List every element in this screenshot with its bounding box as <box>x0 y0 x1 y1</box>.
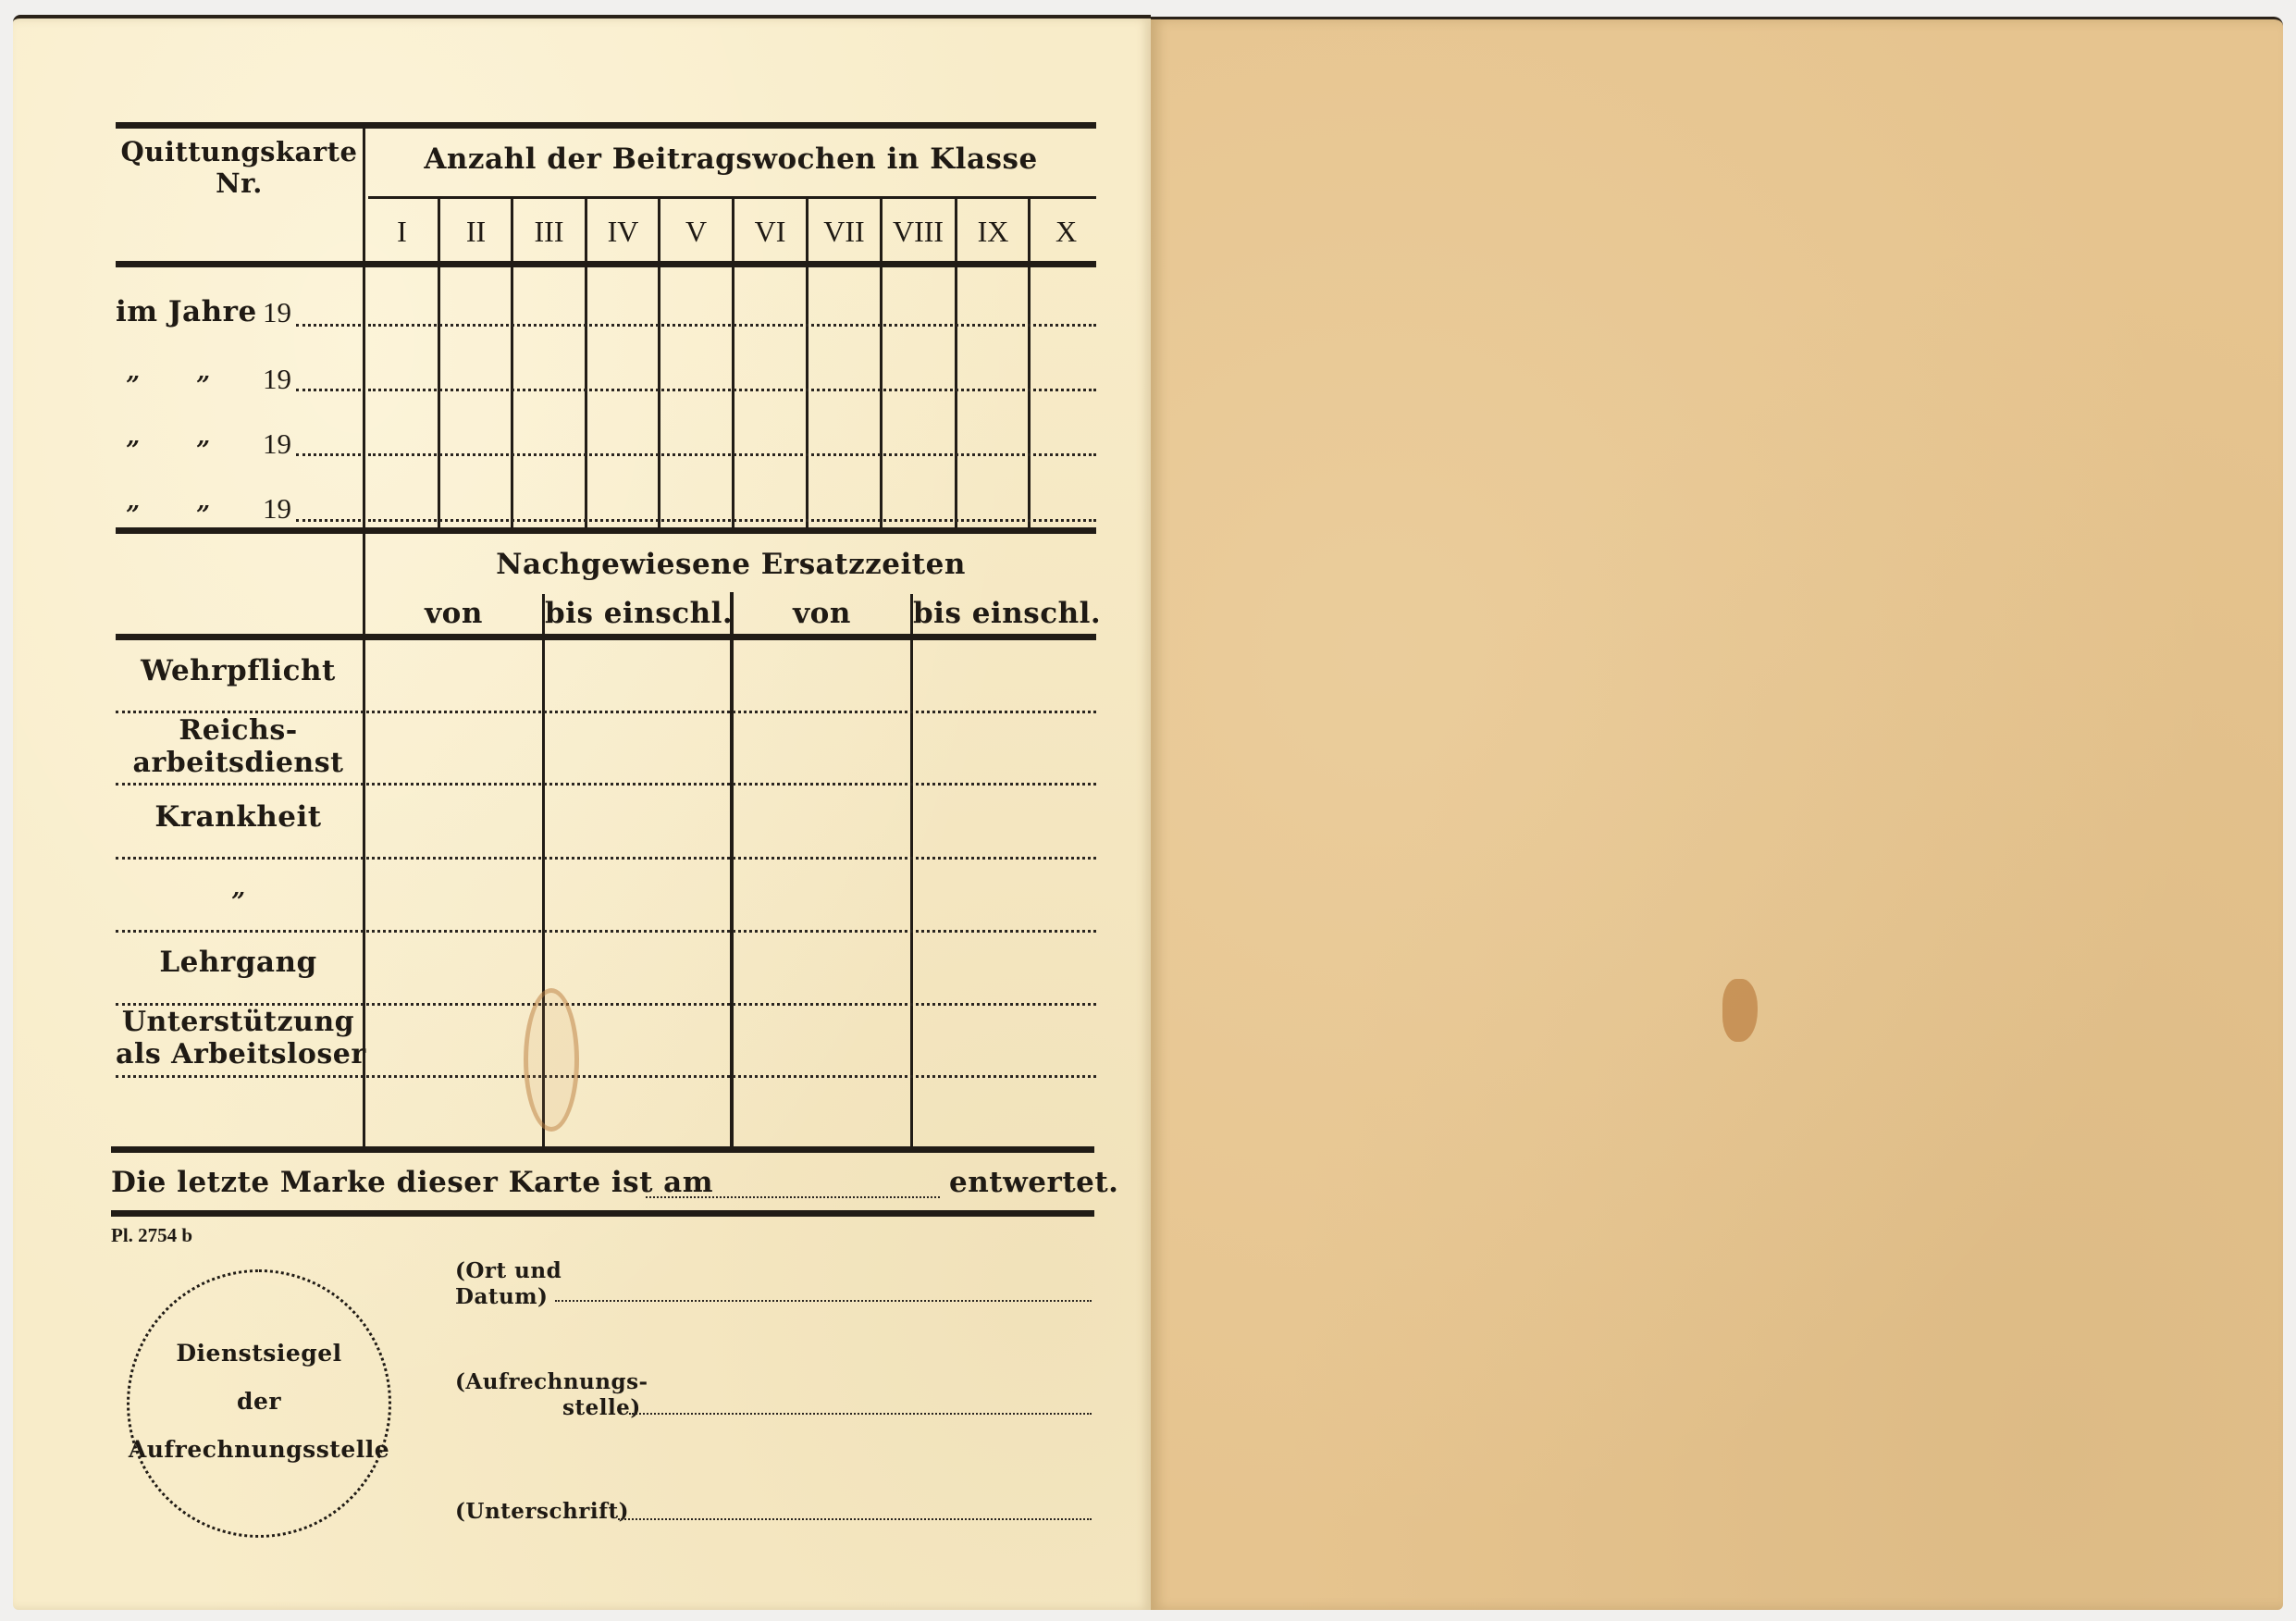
signature-label: (Unterschrift) <box>455 1501 629 1522</box>
col-from-1: von <box>365 600 542 628</box>
class-label-7: VII <box>808 215 881 249</box>
row-label-illness: Krankheit <box>116 803 361 832</box>
receipt-card-label: Quittungskarte <box>116 139 363 166</box>
year-row-century: 19 <box>263 494 291 523</box>
class-divider <box>438 199 440 532</box>
class-divider <box>1028 199 1031 532</box>
contribution-weeks-header: Anzahl der Beitragswochen in Klasse <box>365 145 1096 174</box>
weeks-entry-row[interactable] <box>368 389 1096 391</box>
year-entry-field[interactable] <box>296 324 361 327</box>
row-label-labour-service-1: Reichs- <box>116 717 361 745</box>
class-divider <box>955 199 957 532</box>
receipt-card-number-label: Nr. <box>116 170 363 197</box>
col-until-1: bis einschl. <box>545 600 730 628</box>
ditto-mark: ” <box>196 374 210 398</box>
table-main-divider <box>363 129 365 533</box>
left-page-stain <box>524 988 579 1132</box>
ditto-mark: ” <box>126 439 140 463</box>
class-label-3: III <box>512 215 586 249</box>
period-divider <box>910 594 913 1149</box>
last-stamp-text-before: Die letzte Marke dieser Karte ist am <box>111 1169 713 1197</box>
year-row-century: 19 <box>263 365 291 393</box>
office-label-2: stelle) <box>562 1397 641 1418</box>
seal-label-line1: Dienstsiegel <box>127 1342 391 1365</box>
row-label-unemployment-1: Unterstützung <box>116 1008 361 1036</box>
year-entry-field[interactable] <box>296 519 361 522</box>
seal-label-line2: der <box>127 1390 391 1413</box>
period-divider-major <box>730 592 734 1149</box>
right-page-blank <box>1151 17 2283 1610</box>
weeks-entry-row[interactable] <box>368 453 1096 456</box>
class-divider <box>585 199 587 532</box>
form-code: Pl. 2754 b <box>111 1226 192 1245</box>
class-divider <box>511 199 513 532</box>
contributions-bottom-rule <box>116 527 1096 534</box>
place-date-label-1: (Ort und <box>455 1260 562 1281</box>
year-entry-field[interactable] <box>296 453 361 456</box>
class-label-1: I <box>365 215 438 249</box>
class-label-5: V <box>660 215 733 249</box>
period-entry-row[interactable] <box>116 930 1096 933</box>
period-entry-row[interactable] <box>116 1075 1096 1078</box>
class-divider <box>880 199 883 532</box>
weeks-entry-row[interactable] <box>368 324 1096 327</box>
ditto-mark: ” <box>196 439 210 463</box>
row-label-course: Lehrgang <box>116 948 361 977</box>
year-row-century: 19 <box>263 298 291 327</box>
last-stamp-date-field[interactable] <box>646 1196 940 1198</box>
period-entry-row[interactable] <box>116 783 1096 786</box>
class-label-4: IV <box>586 215 660 249</box>
period-entry-row[interactable] <box>116 711 1096 713</box>
col-from-2: von <box>734 600 910 628</box>
class-label-2: II <box>439 215 512 249</box>
row-label-unemployment-2: als Arbeitsloser <box>116 1041 361 1069</box>
class-divider <box>658 199 660 532</box>
last-stamp-text-after: entwertet. <box>949 1169 1118 1197</box>
year-row-prefix: im Jahre <box>116 298 257 327</box>
substitute-periods-header: Nachgewiesene Ersatzzeiten <box>365 551 1096 579</box>
place-date-label-2: Datum) <box>455 1286 548 1307</box>
class-divider <box>806 199 809 532</box>
row-label-military-service: Wehrpflicht <box>116 657 361 686</box>
right-page-stain <box>1722 979 1758 1042</box>
last-stamp-bottom-rule <box>111 1210 1094 1217</box>
place-date-field[interactable] <box>555 1300 1092 1302</box>
class-label-9: IX <box>957 215 1030 249</box>
year-row-century: 19 <box>263 429 291 458</box>
period-entry-row[interactable] <box>116 857 1096 860</box>
row-label-illness-ditto: ” <box>116 890 361 914</box>
class-divider <box>732 199 734 532</box>
substitute-header-rule <box>116 634 1096 640</box>
office-field[interactable] <box>629 1413 1092 1415</box>
substitute-bottom-rule <box>111 1146 1094 1153</box>
class-header-bottom-rule <box>116 261 1096 267</box>
class-label-6: VI <box>734 215 807 249</box>
row-label-labour-service-2: arbeitsdienst <box>116 749 361 777</box>
year-entry-field[interactable] <box>296 389 361 391</box>
table-top-rule <box>116 122 1096 129</box>
col-until-2: bis einschl. <box>913 600 1096 628</box>
class-label-8: VIII <box>882 215 955 249</box>
ditto-mark: ” <box>196 503 210 527</box>
office-label-1: (Aufrechnungs- <box>455 1371 648 1392</box>
class-label-10: X <box>1030 215 1103 249</box>
ditto-mark: ” <box>126 503 140 527</box>
ditto-mark: ” <box>126 374 140 398</box>
seal-label-line3: Aufrechnungsstelle <box>127 1438 391 1461</box>
signature-field[interactable] <box>618 1518 1092 1520</box>
weeks-entry-row[interactable] <box>368 519 1096 522</box>
